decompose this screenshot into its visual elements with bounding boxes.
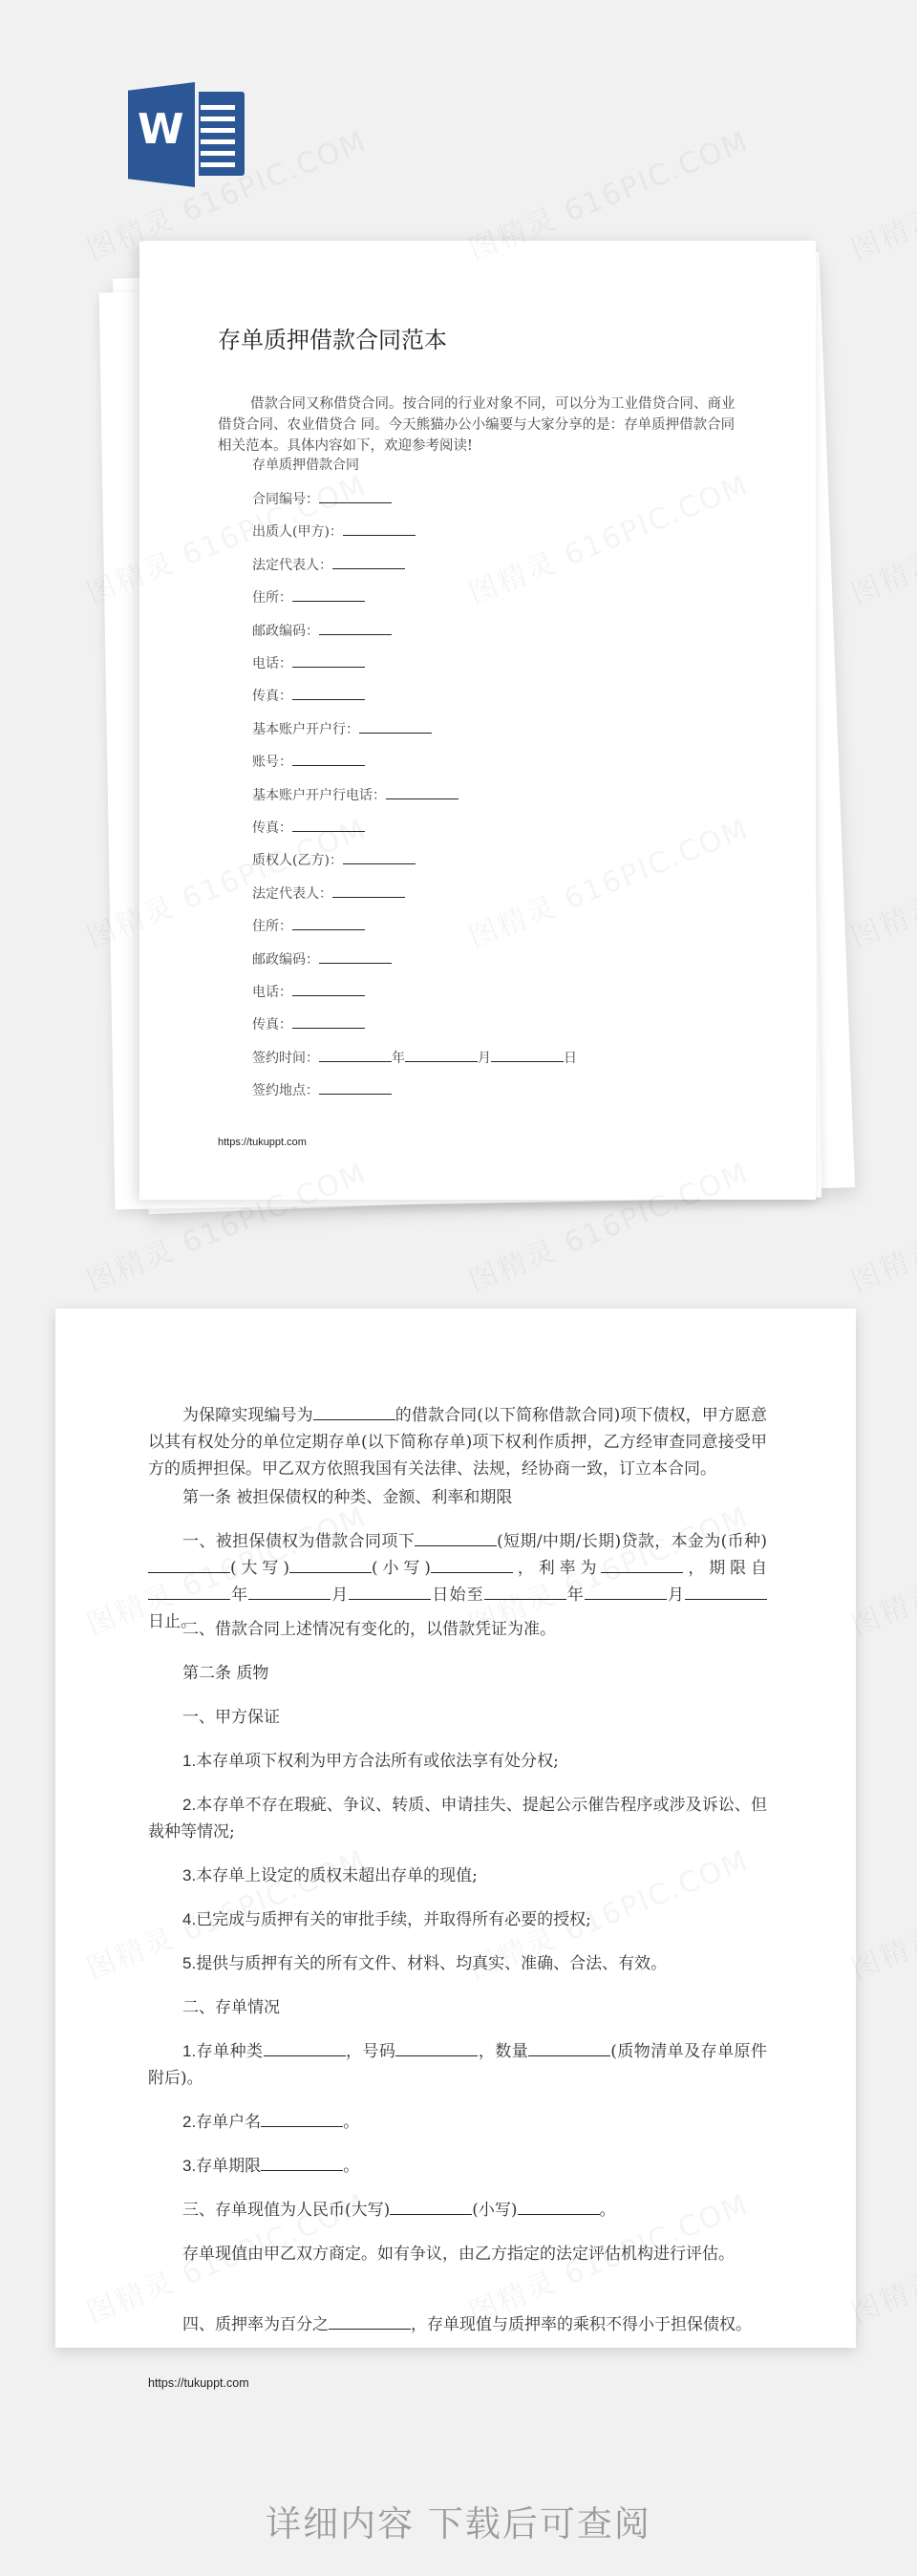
blank-line [292, 916, 365, 930]
paragraph-text: 四、质押率为百分之 [182, 2315, 329, 2334]
contract-paragraph: 四、质押率为百分之，存单现值与质押率的乘积不得小于担保债权。 [148, 2311, 767, 2338]
paragraph-text: 月 [667, 1586, 685, 1605]
contract-field: 基本账户开户行： [252, 719, 432, 738]
blank-line [415, 1528, 497, 1546]
blank-line [319, 949, 392, 964]
contract-field: 电话： [252, 653, 365, 672]
field-label: 出质人(甲方)： [252, 524, 343, 540]
paragraph-text: 年 [566, 1586, 585, 1605]
word-letter: W [138, 109, 184, 151]
contract-field: 传真： [252, 1014, 365, 1033]
contract-paragraph: 存单现值由甲乙双方商定。如有争议，由乙方指定的法定评估机构进行评估。 [148, 2241, 767, 2267]
paragraph-text: (大写) [230, 1559, 289, 1578]
blank-line [528, 2038, 610, 2056]
paragraph-text: 存单户名 [196, 2113, 261, 2132]
blank-line [343, 850, 416, 864]
contract-field: 法定代表人： [252, 884, 405, 903]
field-label: 邮政编码： [252, 624, 319, 639]
contract-paragraph: 二、存单情况 [148, 1994, 767, 2021]
paragraph-text: 本存单项下权利为甲方合法所有或依法享有处分权; [196, 1752, 559, 1771]
contract-paragraph: 3.本存单上设定的质权未超出存单的现值; [148, 1863, 767, 1889]
contract-field: 传真： [252, 818, 365, 837]
contract-paragraph: 3.存单期限。 [148, 2153, 767, 2180]
field-label: 基本账户开户行： [252, 722, 359, 737]
paragraph-text: 。 [600, 2201, 616, 2220]
watermark-text: 图精灵 616PIC.COM [843, 1149, 917, 1300]
contract-field: 邮政编码： [252, 621, 392, 640]
paragraph-text: 第一条 被担保债权的种类、金额、利率和期限 [182, 1488, 512, 1507]
contract-paragraph: 三、存单现值为人民币(大写)(小写)。 [148, 2197, 767, 2224]
field-label: 账号： [252, 755, 292, 770]
contract-paragraph: 第一条 被担保债权的种类、金额、利率和期限 [148, 1484, 767, 1511]
blank-line [491, 1048, 564, 1062]
field-label: 邮政编码： [252, 952, 319, 968]
blank-line [261, 2109, 343, 2127]
field-label: 法定代表人： [252, 558, 332, 573]
contract-field: 签约地点： [252, 1080, 392, 1099]
paragraph-text: 。 [343, 2113, 359, 2132]
contract-paragraph: 2.存单户名。 [148, 2109, 767, 2136]
item-number: 4. [182, 1910, 196, 1928]
blank-line [405, 1048, 478, 1062]
contract-field: 基本账户开户行电话： [252, 785, 458, 804]
blank-line [292, 752, 365, 766]
word-page-lines [199, 92, 245, 176]
download-prompt: 详细内容 下载后可查阅 [0, 2495, 917, 2546]
contract-field: 出质人(甲方)： [252, 522, 416, 541]
source-url: https://tukuppt.com [148, 2376, 249, 2390]
field-label: 法定代表人： [252, 886, 332, 902]
blank-line [319, 1080, 392, 1095]
contract-paragraph: 4.已完成与质押有关的审批手续，并取得所有必要的授权; [148, 1906, 767, 1933]
field-suffix: 日 [564, 1051, 577, 1066]
contract-field: 签约时间：年月日 [252, 1048, 577, 1067]
blank-line [332, 884, 405, 898]
item-number: 3. [182, 1866, 196, 1884]
contract-paragraph: 1.存单种类，号码，数量(质物清单及存单原件附后)。 [148, 2038, 767, 2092]
paragraph-text: 已完成与质押有关的审批手续，并取得所有必要的授权; [196, 1910, 591, 1929]
contract-field: 质权人(乙方)： [252, 850, 416, 869]
field-label: 住所： [252, 919, 292, 934]
contract-paragraph: 5.提供与质押有关的所有文件、材料、均真实、准确、合法、有效。 [148, 1950, 767, 1977]
blank-line [518, 2197, 600, 2215]
item-number: 5. [182, 1954, 196, 1972]
paragraph-text: ，利率为 [513, 1559, 602, 1578]
blank-line [319, 489, 392, 503]
blank-line [313, 1402, 395, 1420]
blank-line [292, 653, 365, 668]
field-label: 传真： [252, 689, 292, 704]
paragraph-text: 年 [230, 1586, 248, 1605]
paragraph-text: 月 [331, 1586, 349, 1605]
contract-paragraph: 1.本存单项下权利为甲方合法所有或依法享有处分权; [148, 1748, 767, 1775]
contract-subtitle: 存单质押借款合同 [252, 455, 359, 474]
blank-line [332, 555, 405, 569]
paragraph-text: (小写) [472, 2201, 517, 2220]
blank-line [349, 1582, 431, 1600]
blank-line [148, 1582, 230, 1600]
paragraph-text: 二、借款合同上述情况有变化的，以借款凭证为准。 [182, 1620, 556, 1639]
blank-line [292, 587, 365, 602]
contract-field: 合同编号： [252, 489, 392, 508]
blank-line [292, 818, 365, 832]
field-label: 签约地点： [252, 1083, 319, 1098]
contract-paragraph: 2.本存单不存在瑕疵、争议、转质、申请挂失、提起公示催告程序或涉及诉讼、但裁种等… [148, 1792, 767, 1845]
field-label: 合同编号： [252, 492, 319, 507]
blank-line [261, 2153, 343, 2171]
blank-line [329, 2311, 411, 2330]
field-label: 质权人(乙方)： [252, 853, 343, 868]
watermark-text: 图精灵 616PIC.COM [843, 461, 917, 612]
word-document-icon: W [126, 80, 246, 187]
item-number: 3. [182, 2157, 196, 2175]
document-page-1: 存单质押借款合同范本 借款合同又称借贷合同。按合同的行业对象不同，可以分为工业借… [139, 241, 816, 1200]
item-number: 1. [182, 1752, 196, 1770]
document-title: 存单质押借款合同范本 [218, 321, 447, 354]
paragraph-text: 存单种类 [196, 2042, 263, 2061]
blank-line [292, 982, 365, 996]
blank-line [343, 522, 416, 536]
contract-field: 法定代表人： [252, 555, 405, 574]
field-label: 签约时间： [252, 1051, 319, 1066]
blank-line [289, 1555, 372, 1573]
paragraph-text: ，数量 [478, 2042, 528, 2061]
blank-line [585, 1582, 667, 1600]
field-suffix: 年 [392, 1051, 405, 1066]
contract-field: 住所： [252, 916, 365, 935]
paragraph-text: 存单现值由甲乙双方商定。如有争议，由乙方指定的法定评估机构进行评估。 [182, 2245, 735, 2264]
contract-paragraph: 第二条 质物 [148, 1660, 767, 1687]
paragraph-text: 。 [343, 2157, 359, 2176]
paragraph-text: 三、存单现值为人民币(大写) [182, 2201, 390, 2220]
contract-field: 传真： [252, 686, 365, 705]
blank-line [390, 2197, 472, 2215]
blank-line [292, 686, 365, 700]
contract-paragraph: 为保障实现编号为的借款合同(以下简称借款合同)项下债权，甲方愿意以其有权处分的单… [148, 1402, 767, 1482]
watermark-text: 图精灵 616PIC.COM [843, 805, 917, 956]
paragraph-text: ，号码 [346, 2042, 396, 2061]
paragraph-text: ，期限自 [683, 1559, 767, 1578]
item-number: 2. [182, 1796, 196, 1814]
field-label: 传真： [252, 820, 292, 836]
field-label: 电话： [252, 985, 292, 1000]
contract-field: 电话： [252, 982, 365, 1001]
blank-line [319, 621, 392, 635]
paragraph-text: 一、甲方保证 [182, 1708, 280, 1727]
contract-field: 账号： [252, 752, 365, 771]
item-number: 2. [182, 2113, 196, 2131]
paragraph-text: ，存单现值与质押率的乘积不得小于担保债权。 [411, 2315, 752, 2334]
contract-paragraph: 一、甲方保证 [148, 1704, 767, 1731]
blank-line [386, 785, 458, 799]
paragraph-text: 本存单不存在瑕疵、争议、转质、申请挂失、提起公示催告程序或涉及诉讼、但裁种等情况… [148, 1796, 767, 1842]
paragraph-text: 一、被担保债权为借款合同项下 [182, 1532, 415, 1551]
blank-line [431, 1555, 513, 1573]
paragraph-text: 本存单上设定的质权未超出存单的现值; [196, 1866, 478, 1885]
blank-line [264, 2038, 346, 2056]
paragraph-text: 日始至 [431, 1586, 483, 1605]
field-label: 基本账户开户行电话： [252, 788, 386, 803]
paragraph-text: 存单期限 [196, 2157, 261, 2176]
paragraph-text: 提供与质押有关的所有文件、材料、均真实、准确、合法、有效。 [196, 1954, 667, 1973]
paragraph-text: 二、存单情况 [182, 1998, 280, 2017]
intro-paragraph: 借款合同又称借贷合同。按合同的行业对象不同，可以分为工业借贷合同、商业借贷合同、… [218, 394, 739, 457]
blank-line [484, 1582, 566, 1600]
blank-line [359, 719, 432, 734]
paragraph-text: 第二条 质物 [182, 1664, 268, 1683]
field-label: 传真： [252, 1017, 292, 1033]
field-label: 住所： [252, 590, 292, 606]
item-number: 1. [182, 2042, 196, 2060]
blank-line [148, 1555, 230, 1573]
paragraph-text: 为保障实现编号为 [182, 1406, 313, 1425]
contract-paragraph: 二、借款合同上述情况有变化的，以借款凭证为准。 [148, 1616, 767, 1643]
paragraph-text: (短期/中期/长期)贷款，本金为(币种) [497, 1532, 767, 1551]
blank-line [685, 1582, 767, 1600]
blank-line [601, 1555, 683, 1573]
blank-line [395, 2038, 478, 2056]
paragraph-text: (小写) [372, 1559, 431, 1578]
blank-line [248, 1582, 331, 1600]
document-page-2: https://tukuppt.com 为保障实现编号为的借款合同(以下简称借款… [55, 1309, 856, 2348]
field-label: 电话： [252, 656, 292, 671]
blank-line [292, 1014, 365, 1029]
contract-field: 邮政编码： [252, 949, 392, 969]
contract-field: 住所： [252, 587, 365, 607]
blank-line [319, 1048, 392, 1062]
field-suffix: 月 [478, 1051, 491, 1066]
source-url: https://tukuppt.com [218, 1137, 307, 1148]
watermark-text: 图精灵 616PIC.COM [843, 117, 917, 268]
